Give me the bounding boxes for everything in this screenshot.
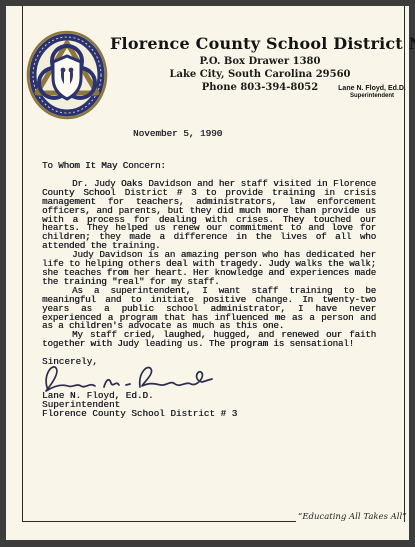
superintendent-title: Superintendent <box>330 93 414 99</box>
signer-org: Florence County School District # 3 <box>42 409 237 418</box>
paragraph-4: My staff cried, laughed, hugged, and ren… <box>42 331 376 349</box>
district-name: Florence County School District No. 3 <box>110 34 410 53</box>
district-motto: “Educating All Takes All” <box>298 512 404 522</box>
district-seal-icon <box>26 30 108 120</box>
scanned-letter: Florence County School District No. 3 P.… <box>0 0 415 547</box>
po-box-line: P.O. Box Drawer 1380 <box>110 56 410 67</box>
superintendent-block: Lane N. Floyd, Ed.D. Superintendent <box>330 85 414 99</box>
border-line-bottom <box>22 521 296 522</box>
letter-body: To Whom It May Concern: Dr. Judy Oaks Da… <box>42 162 376 349</box>
paragraph-3: As a superintendent, I want staff traini… <box>42 287 376 332</box>
paragraph-1: Dr. Judy Oaks Davidson and her staff vis… <box>42 180 376 251</box>
border-line-left <box>22 6 23 522</box>
city-state-zip-line: Lake City, South Carolina 29560 <box>110 69 410 80</box>
letter-date: November 5, 1990 <box>133 128 222 139</box>
paragraph-2: Judy Davidson is an amazing person who h… <box>42 251 376 287</box>
signature-block: Lane N. Floyd, Ed.D. Superintendent Flor… <box>42 391 237 419</box>
salutation: To Whom It May Concern: <box>42 162 376 171</box>
letter-page: Florence County School District No. 3 P.… <box>6 6 409 540</box>
superintendent-name: Lane N. Floyd, Ed.D. <box>330 85 414 92</box>
